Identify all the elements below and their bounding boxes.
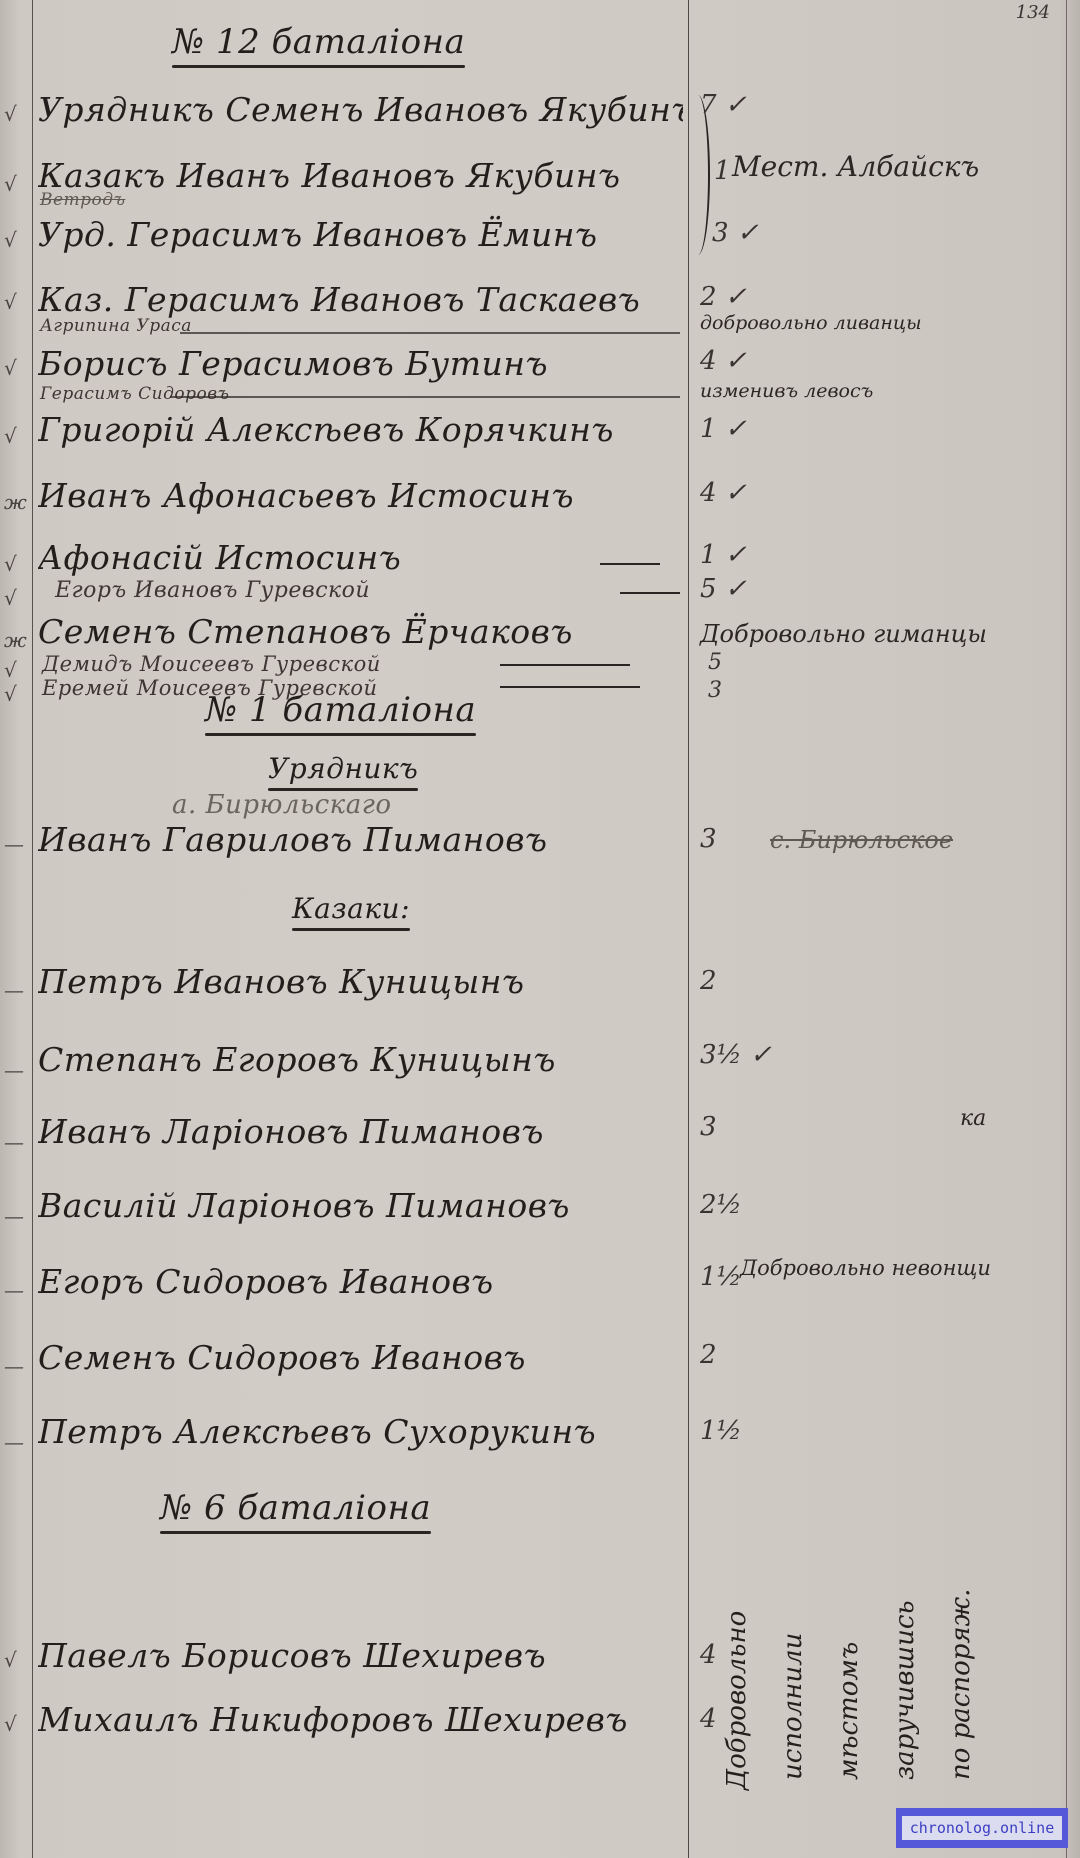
vertical-note-line: Добровольно [722,1500,752,1790]
entry-qty: 3 [700,1112,717,1142]
watermark-badge: chronolog.online [896,1808,1068,1848]
margin-check: √ [4,682,17,706]
entry-name: Павелъ Борисовъ Шехиревъ [38,1636,683,1675]
entry-name: Урд. Герасимъ Ивановъ Ёминъ [38,215,683,254]
vertical-note-line: по распоряж. [946,1470,976,1780]
entry-qty: 1½ [700,1416,742,1446]
entry-name: Петръ Алексѣевъ Сухорукинъ [38,1412,683,1451]
entry-name: Петръ Ивановъ Куницынъ [38,962,683,1001]
entry-name: Борисъ Герасимовъ Бутинъ [38,344,683,383]
struck-note: с. Бирюльское [770,826,953,854]
entry-note: Добровольно гиманцы [700,620,987,648]
margin-mark: ж [4,490,27,514]
entry-name: Семенъ Степановъ Ёрчаковъ [38,612,683,651]
insert-note: Агрипина Ураса [40,316,192,336]
fill-line [180,332,680,334]
margin-check: √ [4,1712,17,1736]
entry-qty: 4 ✓ [700,478,747,508]
entry-name: Каз. Герасимъ Ивановъ Таскаевъ [38,280,683,319]
insert-note: Герасимъ Сидоровъ [40,384,229,404]
entry-qty: 3 [700,824,717,854]
section-heading: № 12 баталіона [172,22,465,62]
entry-name: Михаилъ Никифоровъ Шехиревъ [38,1700,683,1739]
entry-note: добровольно ливанцы [700,312,922,334]
vertical-note-line: заручившись [890,1470,920,1780]
entry-qty: 2 [700,966,717,996]
pencil-subheading: а. Бирюльскаго [172,790,392,820]
fill-line [600,563,660,565]
entry-name: Егоръ Сидоровъ Ивановъ [38,1262,683,1301]
folio-number: 134 [1016,2,1050,23]
margin-check: √ [4,586,17,610]
section-heading: № 1 баталіона [205,690,476,730]
entry-name: Демидъ Моисеевъ Гуревской [42,652,381,676]
vertical-note-line: исполнили [778,1480,808,1780]
subheading: Урядникъ [268,752,418,785]
entry-qty: 7 ✓ [700,90,747,120]
entry-note: Добровольно невонщи [740,1256,991,1280]
section-heading: № 6 баталіона [160,1488,431,1528]
margin-check: √ [4,172,17,196]
subheading: Казаки: [292,892,410,925]
margin-mark: — [4,1058,24,1082]
entry-qty: 2 ✓ [700,282,747,312]
entry-qty: 4 [700,1640,717,1670]
entry-name: Семенъ Сидоровъ Ивановъ [38,1338,683,1377]
fill-line [500,664,630,666]
margin-mark: — [4,978,24,1002]
entry-qty: 2½ [700,1190,742,1220]
margin-check: √ [4,102,17,126]
vertical-note-line: мѣстомъ [834,1490,864,1780]
entry-name: Урядникъ Семенъ Ивановъ Якубинъ [38,90,683,129]
left-margin-rule [32,0,33,1858]
entry-qty: 5 ✓ [700,574,747,604]
entry-qty: 3½ ✓ [700,1040,772,1070]
struck-insert: Ветродъ [40,190,125,210]
margin-check: √ [4,552,17,576]
entry-note: ка [960,1106,986,1131]
fill-line [500,686,640,688]
entry-name: Иванъ Афонасьевъ Истосинъ [38,476,683,515]
fill-line [170,396,680,398]
entry-name: Василій Ларіоновъ Пимановъ [38,1186,683,1225]
margin-mark: — [4,1354,24,1378]
fill-line [620,592,680,594]
archival-page: 134 № 12 баталіона √ Урядникъ Семенъ Ива… [0,0,1080,1858]
entry-qty: 1½ [700,1262,742,1292]
margin-check: √ [4,658,17,682]
entry-name: Григорій Алексѣевъ Корячкинъ [38,410,683,449]
margin-check: √ [4,424,17,448]
entry-note: Мест. Албайскъ [732,150,979,183]
margin-mark: ж [4,628,27,652]
entry-name: Афонасій Истосинъ [38,538,598,577]
right-edge-rule [1066,0,1067,1858]
entry-qty: 4 ✓ [700,346,747,376]
margin-mark: — [4,1430,24,1454]
margin-mark: — [4,1204,24,1228]
margin-check: √ [4,290,17,314]
margin-mark: — [4,1130,24,1154]
margin-mark: — [4,832,24,856]
entry-qty: 3 [708,678,722,703]
entry-qty: 1 ✓ [700,540,747,570]
entry-qty: 1 [714,156,731,186]
entry-note: изменивъ левосъ [700,380,873,402]
entry-name: Иванъ Ларіоновъ Пимановъ [38,1112,683,1151]
entry-qty: 1 ✓ [700,414,747,444]
entry-qty: 5 [708,650,722,675]
column-rule [688,0,689,1858]
margin-check: √ [4,228,17,252]
watermark-text: chronolog.online [902,1816,1063,1840]
entry-qty: 4 [700,1704,717,1734]
entry-name: Степанъ Егоровъ Куницынъ [38,1040,683,1079]
margin-check: √ [4,1648,17,1672]
entry-name: Егоръ Ивановъ Гуревской [55,578,370,603]
entry-name: Иванъ Гавриловъ Пимановъ [38,820,683,859]
margin-check: √ [4,356,17,380]
entry-qty: 3 ✓ [712,218,759,248]
entry-name: Казакъ Иванъ Ивановъ Якубинъ [38,156,683,195]
margin-mark: — [4,1278,24,1302]
entry-qty: 2 [700,1340,717,1370]
